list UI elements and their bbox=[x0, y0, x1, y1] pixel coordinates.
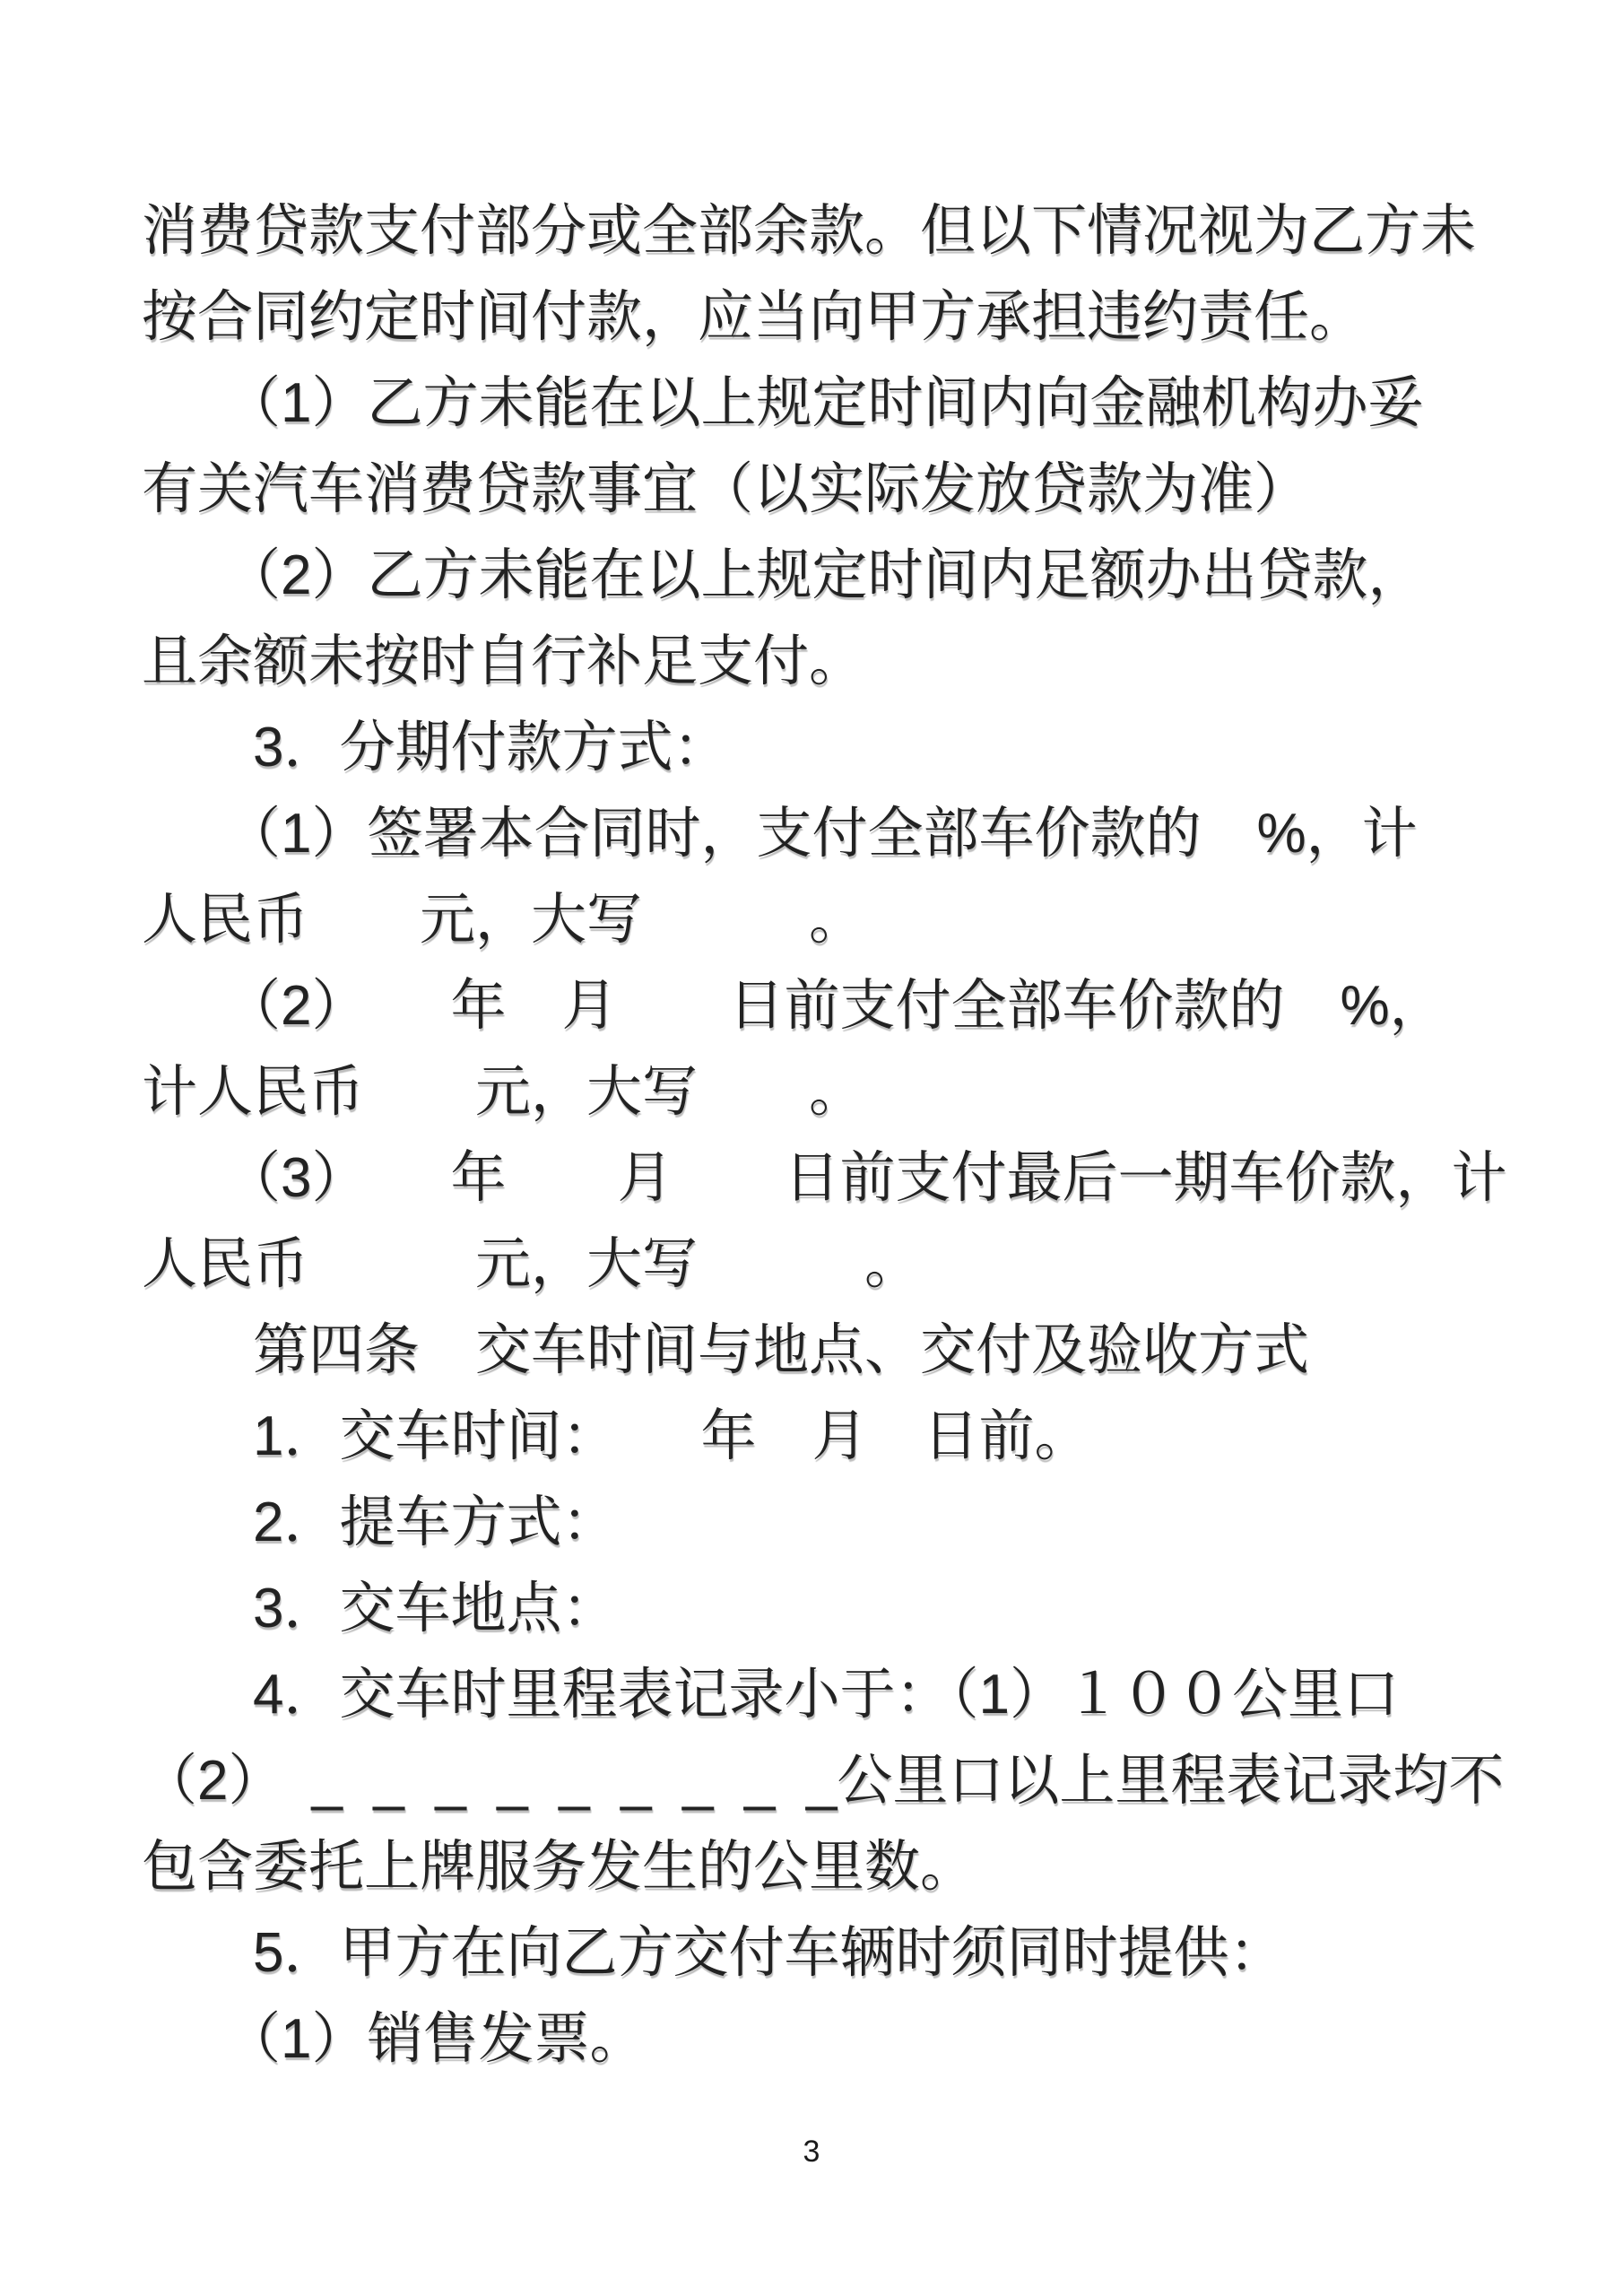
doc-line-20: 包含委托上牌服务发生的公里数。 bbox=[142, 1824, 1541, 1910]
doc-line-13: 人民币 元，大写 。 bbox=[142, 1222, 1541, 1308]
doc-line-11: 计人民币 元，大写 。 bbox=[142, 1049, 1541, 1135]
contract-page: 消费贷款支付部分或全部余款。但以下情况视为乙方未 按合同约定时间付款，应当向甲方… bbox=[0, 0, 1623, 2296]
doc-line-6: 且余额未按时自行补足支付。 bbox=[142, 619, 1541, 705]
contract-body: 消费贷款支付部分或全部余款。但以下情况视为乙方未 按合同约定时间付款，应当向甲方… bbox=[142, 188, 1541, 2083]
doc-line-9: 人民币 元，大写 。 bbox=[142, 877, 1541, 963]
doc-line-10: （2） 年 月 日前支付全部车价款的 %， bbox=[142, 963, 1541, 1049]
doc-line-22: （1）销售发票。 bbox=[142, 1996, 1541, 2083]
doc-line-17: 3．交车地点： bbox=[142, 1566, 1541, 1652]
doc-line-18: 4．交车时里程表记录小于：（1）１００公里口 bbox=[142, 1652, 1541, 1738]
doc-line-2: 按合同约定时间付款，应当向甲方承担违约责任。 bbox=[142, 274, 1541, 361]
doc-line-4: 有关汽车消费贷款事宜（以实际发放贷款为准） bbox=[142, 447, 1541, 533]
doc-line-7: 3．分期付款方式： bbox=[142, 705, 1541, 791]
doc-line-3: （1）乙方未能在以上规定时间内向金融机构办妥 bbox=[142, 361, 1541, 447]
doc-line-15: 1．交车时间： 年 月 日前。 bbox=[142, 1394, 1541, 1480]
doc-line-16: 2．提车方式： bbox=[142, 1480, 1541, 1566]
page-number: 3 bbox=[0, 2133, 1623, 2170]
doc-line-21: 5．甲方在向乙方交付车辆时须同时提供： bbox=[142, 1910, 1541, 1996]
doc-line-8: （1）签署本合同时，支付全部车价款的 %，计 bbox=[142, 791, 1541, 877]
doc-line-12: （3） 年 月 日前支付最后一期车价款，计 bbox=[142, 1135, 1541, 1222]
doc-line-19: （2） _ _ _ _ _ _ _ _ _公里口以上里程表记录均不 bbox=[142, 1738, 1541, 1824]
doc-line-1: 消费贷款支付部分或全部余款。但以下情况视为乙方未 bbox=[142, 188, 1541, 274]
doc-line-14: 第四条 交车时间与地点、交付及验收方式 bbox=[142, 1308, 1541, 1394]
doc-line-5: （2）乙方未能在以上规定时间内足额办出贷款， bbox=[142, 533, 1541, 619]
